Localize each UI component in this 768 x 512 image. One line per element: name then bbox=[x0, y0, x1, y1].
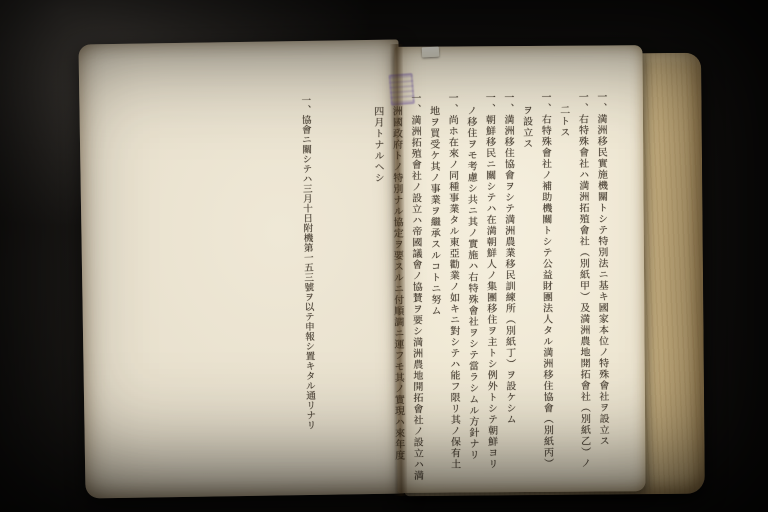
text-column: 洲國政府トノ特別ナル協定ヲ要スルニ付順調ニ運フモ其ノ實現ハ來年度 bbox=[386, 93, 407, 489]
text-column: 地ヲ買受ケ其ノ事業ヲ繼承スルコトニ努ム bbox=[423, 93, 444, 489]
text-column: 二トス bbox=[553, 92, 574, 488]
page-edge-sticker bbox=[422, 47, 440, 58]
left-page: 一、協會ニ關シテハ三月十日附機第一五三號ヲ以テ申報シ置キタル通リナリ bbox=[78, 40, 405, 499]
text-column: 一、満洲移民實施機關トシテ特別法ニ基キ國家本位ノ特殊會社ヲ設立ス bbox=[590, 91, 611, 487]
text-column: ノ移住ヲモ考慮シ共ニ其ノ實施ハ右特殊會社ヲシテ當ラシムル方針ナリ bbox=[460, 92, 481, 488]
text-column: 一、尚ホ在來ノ同種事業タル東亞勸業ノ如キニ對シテハ能フ限リ其ノ保有土 bbox=[441, 92, 462, 488]
text-column: 一、右特殊會社ノ補助機關トシテ公益財團法人タル満洲移住協會（別紙丙） bbox=[534, 92, 555, 488]
photo-background: 一、協會ニ關シテハ三月十日附機第一五三號ヲ以テ申報シ置キタル通リナリ 一、満洲移… bbox=[0, 0, 768, 512]
text-column: 一、満洲移住協會ヲシテ満洲農業移民訓練所（別紙丁）ヲ設ケシム bbox=[497, 92, 518, 488]
left-page-text-block: 一、協會ニ關シテハ三月十日附機第一五三號ヲ以テ申報シ置キタル通リナリ bbox=[293, 95, 319, 451]
right-page: 一、満洲移民實施機關トシテ特別法ニ基キ國家本位ノ特殊會社ヲ設立ス 一、右特殊會社… bbox=[394, 45, 645, 493]
text-column: ヲ設立ス bbox=[516, 92, 537, 488]
text-column: 一、右特殊會社ハ満洲拓殖會社（別紙甲）及満洲農地開拓會社（別紙乙）ノ bbox=[572, 92, 593, 488]
right-page-text-block: 一、満洲移民實施機關トシテ特別法ニ基キ國家本位ノ特殊會社ヲ設立ス 一、右特殊會社… bbox=[366, 91, 612, 489]
text-column: 一、協會ニ關シテハ三月十日附機第一五三號ヲ以テ申報シ置キタル通リナリ bbox=[295, 95, 319, 451]
text-column: 一、満洲拓殖會社ノ設立ハ帝國議會ノ協賛ヲ要シ満洲農地開拓會社ノ設立ハ満 bbox=[404, 93, 425, 489]
text-column: 四月トナルヘシ bbox=[367, 93, 388, 489]
text-column: 一、朝鮮移民ニ關シテハ在満朝鮮人ノ集團移住ヲ主トシ例外トシテ朝鮮ヨリ bbox=[479, 92, 500, 488]
